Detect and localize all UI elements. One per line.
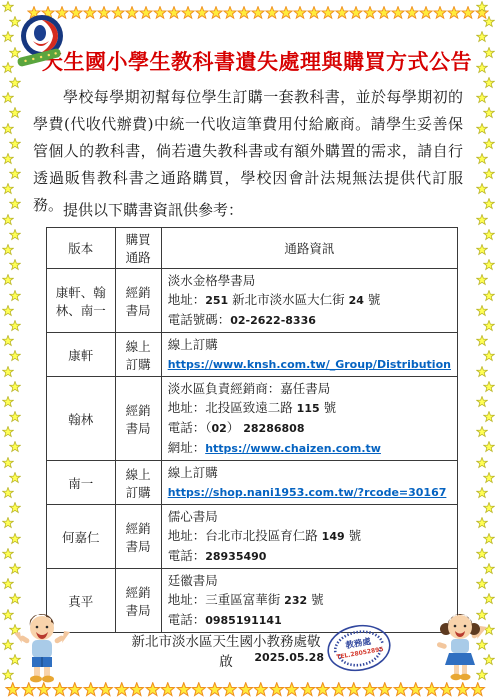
star-icon (9, 198, 21, 213)
star-icon (476, 214, 488, 229)
info-line: 電話：0985191141 (168, 610, 451, 630)
table-row: 何嘉仁 經銷書局 儒心書局 地址：台北市北投區育仁路 149 號 電話：2893… (47, 505, 458, 569)
star-icon (2, 335, 14, 350)
version-cell: 南一 (47, 461, 116, 505)
star-icon (9, 259, 21, 274)
star-icon (2, 457, 14, 472)
star-icon (476, 335, 488, 350)
info-line: 地址：三重區富華街 232 號 (168, 590, 451, 610)
channel-cell: 線上訂購 (115, 461, 161, 505)
star-icon (9, 320, 21, 335)
star-icon (483, 502, 495, 517)
star-icon (160, 682, 176, 698)
table-row: 康軒、翰林、南一 經銷書局 淡水金格學書局 地址：251 新北市淡水區大仁街 2… (47, 269, 458, 333)
star-icon (476, 578, 488, 593)
star-icon (2, 153, 14, 168)
star-icon (2, 183, 14, 198)
star-icon (153, 6, 167, 20)
star-icon (2, 426, 14, 441)
star-icon (483, 441, 495, 456)
star-icon (284, 682, 300, 698)
star-icon (483, 593, 495, 608)
star-icon (2, 1, 14, 16)
col-header-channel: 購買通路 (115, 228, 161, 269)
page-title: 天生國小學生教科書遺失處理與購買方式公告 (42, 46, 462, 76)
star-icon (9, 229, 21, 244)
star-icon (111, 6, 125, 20)
star-icon (222, 682, 238, 698)
star-icon (83, 682, 99, 698)
star-icon (2, 305, 14, 320)
star-icon (447, 6, 461, 20)
star-icon (476, 1, 488, 16)
table-row: 南一 線上訂購 線上訂購 https://shop.nani1953.com.t… (47, 461, 458, 505)
star-border-top (27, 6, 489, 20)
star-icon (476, 153, 488, 168)
star-icon (483, 107, 495, 122)
star-icon (331, 682, 347, 698)
star-icon (2, 62, 14, 77)
star-icon (191, 682, 207, 698)
info-cell: 線上訂購 https://shop.nani1953.com.tw/?rcode… (161, 461, 457, 505)
star-icon (279, 6, 293, 20)
star-icon (483, 350, 495, 365)
star-icon (363, 6, 377, 20)
star-icon (181, 6, 195, 20)
star-icon (9, 138, 21, 153)
star-icon (293, 6, 307, 20)
star-icon (476, 274, 488, 289)
chaizen-link[interactable]: https://www.chaizen.com.tw (205, 442, 381, 455)
star-icon (483, 320, 495, 335)
info-line: 廷徽書局 (168, 571, 451, 590)
star-icon (139, 6, 153, 20)
star-icon (393, 682, 409, 698)
info-line: 電話：28935490 (168, 546, 451, 566)
star-icon (483, 533, 495, 548)
star-icon (9, 593, 21, 608)
star-border-left (2, 1, 14, 684)
star-icon (476, 517, 488, 532)
star-icon (9, 502, 21, 517)
version-cell: 何嘉仁 (47, 505, 116, 569)
star-icon (9, 77, 21, 92)
star-icon (483, 229, 495, 244)
star-icon (9, 563, 21, 578)
star-icon (483, 16, 495, 31)
star-icon (476, 183, 488, 198)
star-icon (83, 6, 97, 20)
info-line: 電話：（02） 28286808 (168, 418, 451, 438)
star-icon (2, 578, 14, 593)
star-icon (391, 6, 405, 20)
star-icon (476, 123, 488, 138)
info-cell: 淡水區負責經銷商：嘉任書局 地址：北投區致遠二路 115 號 電話：（02） 2… (161, 377, 457, 461)
star-icon (176, 682, 192, 698)
star-icon (476, 31, 488, 46)
star-icon (2, 548, 14, 563)
star-icon (223, 6, 237, 20)
star-icon (476, 62, 488, 77)
star-icon (265, 6, 279, 20)
star-icon (9, 168, 21, 183)
channel-cell: 經銷書局 (115, 505, 161, 569)
star-icon (129, 682, 145, 698)
info-line: 淡水區負責經銷商：嘉任書局 (168, 379, 451, 398)
channel-cell: 線上訂購 (115, 333, 161, 377)
star-icon (2, 214, 14, 229)
star-icon (483, 472, 495, 487)
star-icon (9, 533, 21, 548)
star-icon (476, 366, 488, 381)
version-cell: 康軒、翰林、南一 (47, 269, 116, 333)
star-icon (377, 6, 391, 20)
star-icon (461, 6, 475, 20)
star-icon (433, 6, 447, 20)
star-icon (476, 457, 488, 472)
table-header-row: 版本 購買通路 通路資訊 (47, 228, 458, 269)
star-icon (349, 6, 363, 20)
info-line: 淡水金格學書局 (168, 271, 451, 290)
version-cell: 翰林 (47, 377, 116, 461)
info-line: 儒心書局 (168, 507, 451, 526)
star-icon (476, 244, 488, 259)
star-icon (209, 6, 223, 20)
star-icon (2, 92, 14, 107)
star-icon (9, 350, 21, 365)
star-icon (483, 381, 495, 396)
date-text: 2025.05.28 (128, 650, 324, 664)
star-icon (483, 138, 495, 153)
intro-line: 提供以下購書資訊供參考： (33, 199, 463, 220)
star-border-bottom (5, 682, 486, 698)
star-icon (476, 396, 488, 411)
info-cell: 廷徽書局 地址：三重區富華街 232 號 電話：0985191141 (161, 569, 457, 633)
info-line: 地址：台北市北投區育仁路 149 號 (168, 526, 451, 546)
star-icon (362, 682, 378, 698)
star-icon (321, 6, 335, 20)
star-icon (69, 6, 83, 20)
info-line: 電話號碼：02-2622-8336 (168, 310, 451, 330)
star-icon (476, 426, 488, 441)
star-icon (98, 682, 114, 698)
info-cell: 線上訂購 https://www.knsh.com.tw/_Group/Dist… (161, 333, 457, 377)
star-icon (2, 517, 14, 532)
table-row: 翰林 經銷書局 淡水區負責經銷商：嘉任書局 地址：北投區致遠二路 115 號 電… (47, 377, 458, 461)
boy-illustration (10, 613, 74, 689)
star-icon (207, 682, 223, 698)
star-icon (238, 682, 254, 698)
col-header-version: 版本 (47, 228, 116, 269)
announcement-page: 天生國小學生教科書遺失處理與購買方式公告 學校每學期初幫每位學生訂購一套教科書，… (0, 0, 497, 700)
star-icon (97, 6, 111, 20)
star-icon (405, 6, 419, 20)
star-icon (476, 548, 488, 563)
info-line-prefix: 網址： (168, 440, 206, 455)
vendor-table: 版本 購買通路 通路資訊 康軒、翰林、南一 經銷書局 淡水金格學書局 地址：25… (46, 227, 458, 633)
star-icon (269, 682, 285, 698)
star-icon (237, 6, 251, 20)
star-icon (167, 6, 181, 20)
girl-illustration (429, 611, 491, 689)
star-icon (476, 305, 488, 320)
star-icon (483, 563, 495, 578)
star-icon (483, 290, 495, 305)
star-icon (9, 290, 21, 305)
col-header-info: 通路資訊 (161, 228, 457, 269)
star-icon (195, 6, 209, 20)
star-icon (476, 92, 488, 107)
star-icon (315, 682, 331, 698)
info-cell: 儒心書局 地址：台北市北投區育仁路 149 號 電話：28935490 (161, 505, 457, 569)
star-icon (408, 682, 424, 698)
info-line: 地址：北投區致遠二路 115 號 (168, 398, 451, 418)
star-icon (483, 77, 495, 92)
star-icon (114, 682, 130, 698)
star-icon (251, 6, 265, 20)
school-logo-icon (15, 11, 71, 69)
star-icon (253, 682, 269, 698)
star-border-right (476, 1, 488, 684)
star-icon (9, 411, 21, 426)
info-line: 線上訂購 (168, 335, 451, 354)
star-icon (377, 682, 393, 698)
star-icon (145, 682, 161, 698)
knsh-link[interactable]: https://www.knsh.com.tw/_Group/Distribut… (168, 358, 451, 371)
star-icon (2, 366, 14, 381)
version-cell: 康軒 (47, 333, 116, 377)
nani-link[interactable]: https://shop.nani1953.com.tw/?rcode=3016… (168, 486, 447, 499)
star-icon (9, 472, 21, 487)
star-icon (307, 6, 321, 20)
star-icon (346, 682, 362, 698)
info-line: 線上訂購 (168, 463, 451, 482)
star-icon (9, 107, 21, 122)
star-icon (2, 123, 14, 138)
star-icon (9, 441, 21, 456)
table-row: 康軒 線上訂購 線上訂購 https://www.knsh.com.tw/_Gr… (47, 333, 458, 377)
channel-cell: 經銷書局 (115, 377, 161, 461)
channel-cell: 經銷書局 (115, 269, 161, 333)
star-icon (419, 6, 433, 20)
star-icon (2, 487, 14, 502)
star-icon (483, 411, 495, 426)
star-icon (2, 396, 14, 411)
star-icon (476, 487, 488, 502)
star-icon (2, 31, 14, 46)
star-icon (125, 6, 139, 20)
star-icon (335, 6, 349, 20)
office-stamp: 教務處 TEL.28052895 (322, 620, 396, 676)
info-cell: 淡水金格學書局 地址：251 新北市淡水區大仁街 24 號 電話號碼：02-26… (161, 269, 457, 333)
star-icon (2, 244, 14, 259)
star-icon (483, 198, 495, 213)
info-line: 地址：251 新北市淡水區大仁街 24 號 (168, 290, 451, 310)
star-icon (2, 274, 14, 289)
star-icon (9, 381, 21, 396)
star-icon (300, 682, 316, 698)
channel-cell: 經銷書局 (115, 569, 161, 633)
star-icon (483, 168, 495, 183)
star-icon (483, 47, 495, 62)
star-icon (483, 259, 495, 274)
